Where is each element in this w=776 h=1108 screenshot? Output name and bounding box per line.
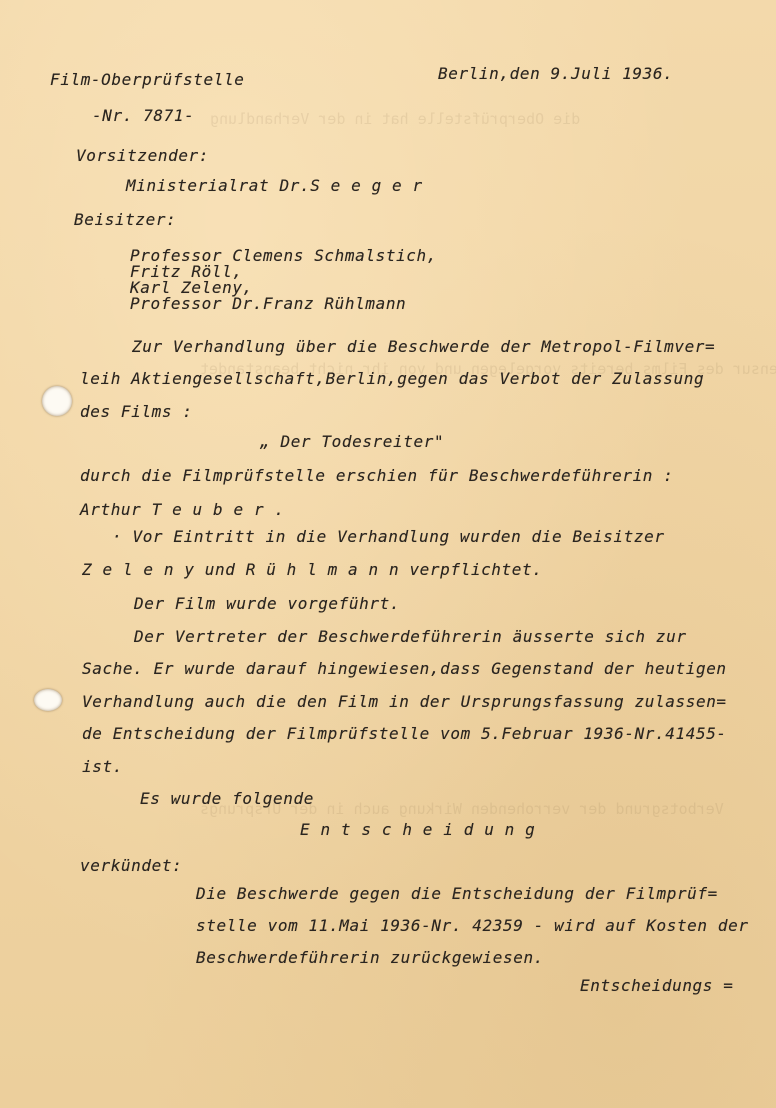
assessors-label: Beisitzer: bbox=[74, 210, 176, 230]
body-line: Z e l e n y und R ü h l m a n n verpflic… bbox=[82, 560, 542, 580]
ruling-line: stelle vom 11.Mai 1936-Nr. 42359 - wird … bbox=[196, 916, 749, 936]
authority-name: Film-Oberprüfstelle bbox=[50, 70, 244, 90]
body-line: Es wurde folgende bbox=[140, 789, 314, 809]
document-page: die Oberprüfstelle hat in der Verhandlun… bbox=[0, 0, 776, 1108]
chair-name: Ministerialrat Dr.S e e g e r bbox=[126, 176, 423, 196]
chair-label: Vorsitzender: bbox=[76, 146, 209, 166]
body-line: durch die Filmprüfstelle erschien für Be… bbox=[80, 466, 674, 486]
punch-hole-lower bbox=[34, 689, 62, 711]
body-line: verkündet: bbox=[80, 856, 182, 876]
body-line: Der Vertreter der Beschwerdeführerin äus… bbox=[134, 627, 687, 647]
film-title: „ Der Todesreiter" bbox=[260, 432, 444, 452]
body-line: des Films : bbox=[80, 402, 193, 422]
place-date: Berlin,den 9.Juli 1936. bbox=[438, 64, 673, 84]
ruling-line: Beschwerdeführerin zurückgewiesen. bbox=[196, 948, 544, 968]
punch-hole-upper bbox=[42, 386, 72, 416]
body-line: Der Film wurde vorgeführt. bbox=[134, 594, 400, 614]
reference-number: -Nr. 7871- bbox=[92, 106, 194, 126]
body-line: · Vor Eintritt in die Verhandlung wurden… bbox=[112, 527, 665, 547]
assessor-name: Professor Dr.Franz Rühlmann bbox=[130, 296, 406, 312]
continuation-word: Entscheidungs = bbox=[580, 976, 734, 996]
decision-heading: E n t s c h e i d u n g bbox=[300, 820, 535, 840]
body-line: leih Aktiengesellschaft,Berlin,gegen das… bbox=[80, 369, 704, 389]
ruling-line: Die Beschwerde gegen die Entscheidung de… bbox=[196, 884, 718, 904]
body-line: Zur Verhandlung über die Beschwerde der … bbox=[132, 337, 715, 357]
body-line: Verhandlung auch die den Film in der Urs… bbox=[82, 692, 727, 712]
body-line: ist. bbox=[82, 757, 123, 777]
show-through-text: die Oberprüfstelle hat in der Verhandlun… bbox=[210, 110, 580, 128]
body-line: Arthur T e u b e r . bbox=[80, 500, 285, 520]
body-line: Sache. Er wurde darauf hingewiesen,dass … bbox=[82, 659, 727, 679]
body-line: de Entscheidung der Filmprüfstelle vom 5… bbox=[82, 724, 727, 744]
